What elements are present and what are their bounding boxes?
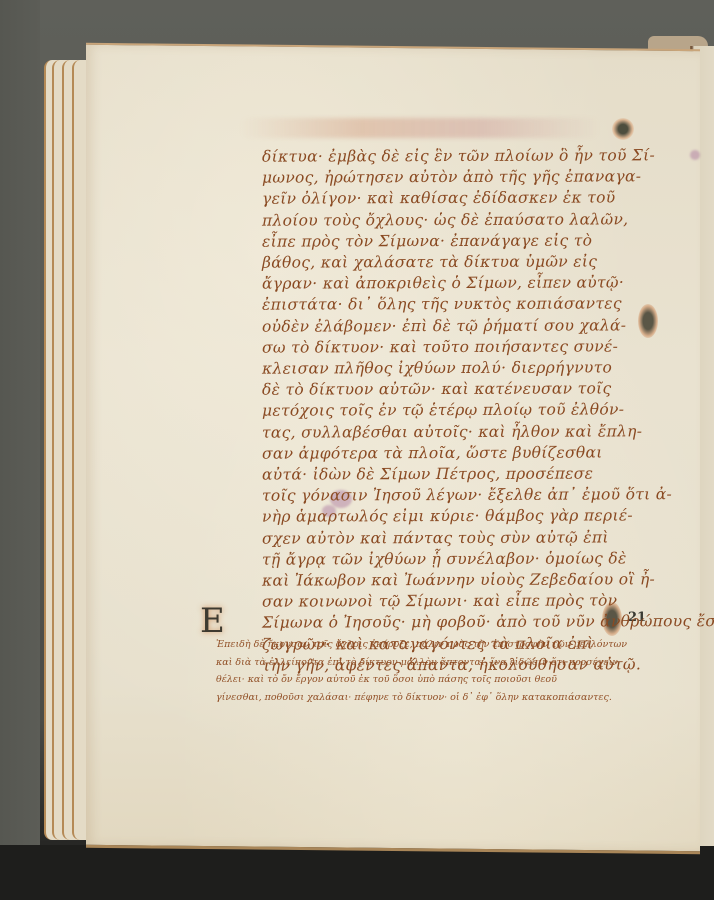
ink-stain <box>690 150 700 160</box>
text-line: πλοίου τοὺς ὄχλους· ὡς δὲ ἐπαύσατο λαλῶν… <box>262 209 642 232</box>
text-line: νὴρ ἁμαρτωλός εἰμι κύριε· θάμβος γὰρ περ… <box>262 506 642 529</box>
text-line: αὐτά· ἰδὼν δὲ Σίμων Πέτρος, προσέπεσε <box>262 463 642 486</box>
scholia-line: θέλει· καὶ τὸ ὄν ἔργον αὐτοῦ ἐκ τοῦ ὅσοι… <box>216 671 646 689</box>
text-line: τας, συλλαβέσθαι αὐτοῖς· καὶ ἦλθον καὶ ἔ… <box>262 421 642 444</box>
text-line: γεῖν ὀλίγον· καὶ καθίσας ἐδίδασκεν ἐκ το… <box>262 188 642 211</box>
text-line: σαν κοινωνοὶ τῷ Σίμωνι· καὶ εἶπε πρὸς τὸ… <box>262 591 642 614</box>
scholia-line: γίνεσθαι, ποθοῦσι χαλάσαι· πέφηνε τὸ δίκ… <box>216 689 646 707</box>
text-line: εἶπε πρὸς τὸν Σίμωνα· ἐπανάγαγε εἰς τὸ <box>262 230 642 253</box>
text-line: ἐπιστάτα· δι᾽ ὅλης τῆς νυκτὸς κοπιάσαντε… <box>262 294 642 317</box>
folio-number-mark <box>612 118 634 140</box>
text-line: δίκτυα· ἐμβὰς δὲ εἰς ἓν τῶν πλοίων ὃ ἦν … <box>262 145 642 168</box>
text-line: μετόχοις τοῖς ἐν τῷ ἑτέρῳ πλοίῳ τοῦ ἐλθό… <box>262 400 642 423</box>
text-line: κλεισαν πλῆθος ἰχθύων πολύ· διερρήγνυτο <box>262 357 642 380</box>
text-line: σαν ἀμφότερα τὰ πλοῖα, ὥστε βυθίζεσθαι <box>262 442 642 465</box>
text-line: τῇ ἄγρᾳ τῶν ἰχθύων ᾗ συνέλαβον· ὁμοίως δ… <box>262 548 642 571</box>
scholia-line: καὶ διὰ τὰ ἐλλείποντα ἐπὶ τὸ δίκτυον μαλ… <box>216 654 646 672</box>
text-line: σω τὸ δίκτυον· καὶ τοῦτο ποιήσαντες συνέ… <box>262 336 642 359</box>
text-line: δὲ τὸ δίκτυον αὐτῶν· καὶ κατένευσαν τοῖς <box>262 379 642 402</box>
text-line: βάθος, καὶ χαλάσατε τὰ δίκτυα ὑμῶν εἰς <box>262 251 642 274</box>
scholia-commentary: Ἐπειδὴ δὲ ἤκουσαν τοῖς ὄχλοις ἐκήρυξε, π… <box>216 636 646 706</box>
text-line: οὐδὲν ἐλάβομεν· ἐπὶ δὲ τῷ ῥήματί σου χαλ… <box>262 315 642 338</box>
faded-running-title <box>240 118 600 138</box>
text-line: ἄγραν· καὶ ἀποκριθεὶς ὁ Σίμων, εἶπεν αὐτ… <box>262 273 642 296</box>
text-line: μωνος, ἠρώτησεν αὐτὸν ἀπὸ τῆς γῆς ἐπαναγ… <box>262 167 642 190</box>
text-line: σχεν αὐτὸν καὶ πάντας τοὺς σὺν αὐτῷ ἐπὶ <box>262 527 642 550</box>
text-line: Σίμωνα ὁ Ἰησοῦς· μὴ φοβοῦ· ἀπὸ τοῦ νῦν ἀ… <box>262 612 642 635</box>
main-text-block: δίκτυα· ἐμβὰς δὲ εἰς ἓν τῶν πλοίων ὃ ἦν … <box>262 146 642 676</box>
text-line: καὶ Ἰάκωβον καὶ Ἰωάννην υἱοὺς Ζεβεδαίου … <box>262 569 642 592</box>
scholia-line: Ἐπειδὴ δὲ ἤκουσαν τοῖς ὄχλοις ἐκήρυξε, π… <box>216 636 646 654</box>
background-left <box>0 0 40 900</box>
text-line: τοῖς γόνασιν Ἰησοῦ λέγων· ἔξελθε ἀπ᾽ ἐμο… <box>262 485 642 508</box>
